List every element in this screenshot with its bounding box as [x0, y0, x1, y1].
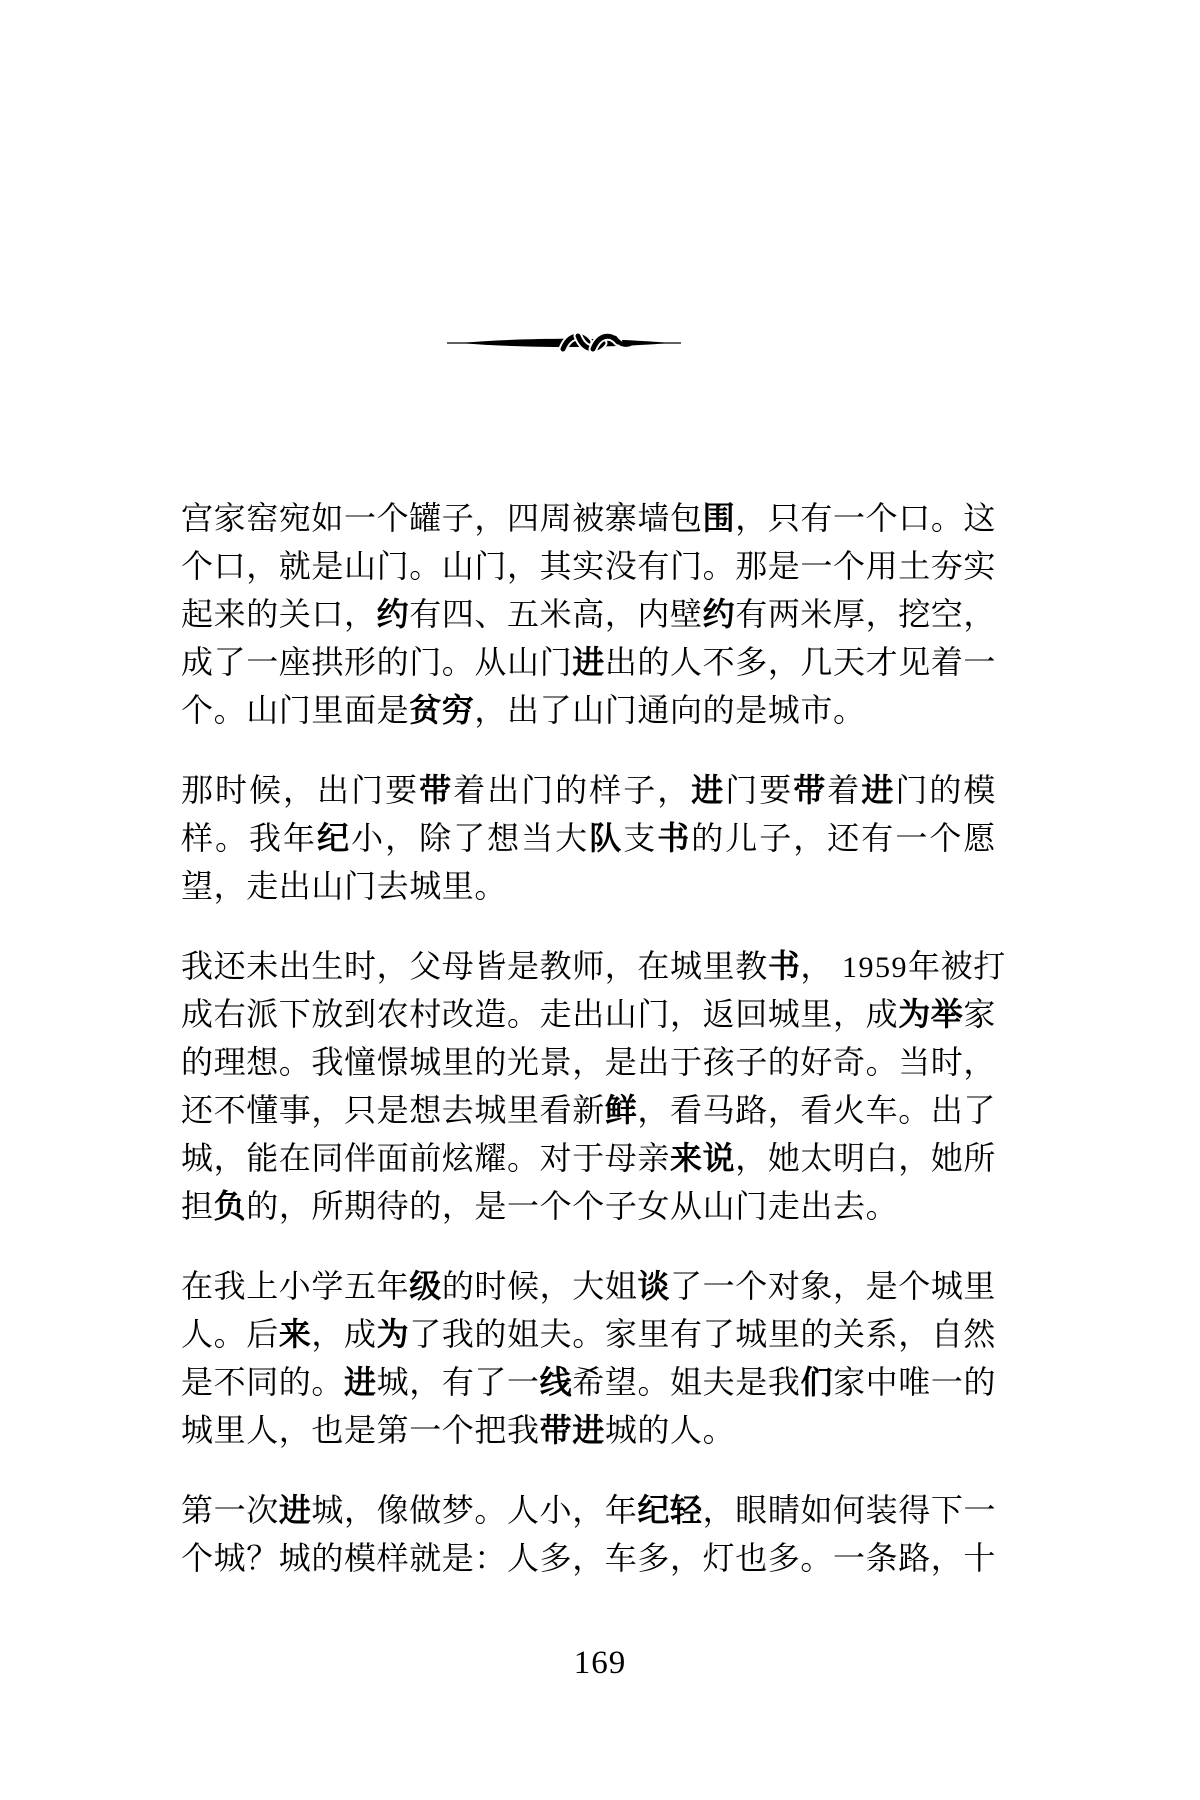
text-line: 人。后来，成为了我的姐夫。家里有了城里的关系，自然 [181, 1310, 996, 1358]
text-run: 了我的姐夫。家里有了城里的关系，自然 [409, 1316, 996, 1352]
text-line: 第一次进城，像做梦。人小，年纪轻，眼睛如何装得下一 [181, 1486, 996, 1534]
emphasized-text-run: 带 [419, 772, 453, 808]
text-run: 城，能在同伴面前炫耀。对于母亲 [181, 1140, 670, 1176]
body-text: 宫家窑宛如一个罐子，四周被寨墙包围，只有一个口。这个口，就是山门。山门，其实没有… [181, 494, 996, 1582]
emphasized-text-run: 约 [703, 596, 736, 632]
emphasized-text-run: 围 [703, 500, 736, 536]
text-line: 成右派下放到农村改造。走出山门，返回城里，成为举家 [181, 990, 996, 1038]
text-run: 样。我年 [181, 820, 317, 856]
emphasized-text-run: 进 [572, 644, 605, 680]
emphasized-text-run: 书 [657, 820, 691, 856]
paragraph: 第一次进城，像做梦。人小，年纪轻，眼睛如何装得下一个城？城的模样就是：人多，车多… [181, 1486, 996, 1582]
text-run: 第一次 [181, 1492, 279, 1528]
text-run: 出的人不多，几天才见着一 [605, 644, 996, 680]
emphasized-text-run: 带进 [540, 1412, 605, 1448]
text-run: 城里人，也是第一个把我 [181, 1412, 540, 1448]
text-line: 还不懂事，只是想去城里看新鲜，看马路，看火车。出了 [181, 1086, 996, 1134]
text-run: ，成 [311, 1316, 376, 1352]
text-line: 望，走出山门去城里。 [181, 862, 996, 910]
text-run: ， [800, 948, 833, 984]
text-run: ，出了山门通向的是城市。 [474, 692, 865, 728]
paragraph: 那时候，出门要带着出门的样子，进门要带着进门的模样。我年纪小，除了想当大队支书的… [181, 766, 996, 910]
text-run: ，看马路，看火车。出了 [637, 1092, 996, 1128]
text-run: 个。山门里面是 [181, 692, 409, 728]
emphasized-text-run: 为 [377, 1316, 410, 1352]
text-run: 那时候，出门要 [181, 772, 419, 808]
text-line: 成了一座拱形的门。从山门进出的人不多，几天才见着一 [181, 638, 996, 686]
text-run: 有两米厚，挖空， [735, 596, 996, 632]
emphasized-text-run: 鲜 [605, 1092, 638, 1128]
emphasized-text-run: 们 [800, 1364, 833, 1400]
text-line: 城里人，也是第一个把我带进城的人。 [181, 1406, 996, 1454]
emphasized-text-run: 进 [279, 1492, 312, 1528]
text-run: ，只有一个口。这 [735, 500, 996, 536]
book-page: 宫家窑宛如一个罐子，四周被寨墙包围，只有一个口。这个口，就是山门。山门，其实没有… [0, 0, 1200, 1800]
text-run: 担 [181, 1188, 214, 1224]
text-line: 个口，就是山门。山门，其实没有门。那是一个用土夯实 [181, 542, 996, 590]
text-line: 是不同的。进城，有了一线希望。姐夫是我们家中唯一的 [181, 1358, 996, 1406]
text-run: 小，除了想当大 [351, 820, 589, 856]
emphasized-text-run: 来说 [670, 1140, 735, 1176]
text-run: 1959 [833, 951, 908, 984]
paragraph: 我还未出生时，父母皆是教师，在城里教书， 1959年被打成右派下放到农村改造。走… [181, 942, 996, 1230]
text-line: 的理想。我憧憬城里的光景，是出于孩子的好奇。当时， [181, 1038, 996, 1086]
text-run: 着 [827, 772, 861, 808]
text-run: 家中唯一的 [833, 1364, 996, 1400]
rope-flourish-divider-icon [445, 332, 683, 353]
paragraph: 在我上小学五年级的时候，大姐谈了一个对象，是个城里人。后来，成为了我的姐夫。家里… [181, 1262, 996, 1454]
page-number: 169 [0, 1645, 1200, 1682]
emphasized-text-run: 线 [540, 1364, 573, 1400]
emphasized-text-run: 进 [691, 772, 725, 808]
text-line: 样。我年纪小，除了想当大队支书的儿子，还有一个愿 [181, 814, 996, 862]
text-run: 支 [623, 820, 657, 856]
text-run: 门的模 [895, 772, 996, 808]
text-run: 成了一座拱形的门。从山门 [181, 644, 572, 680]
text-run: 是不同的。 [181, 1364, 344, 1400]
emphasized-text-run: 来 [279, 1316, 312, 1352]
text-line: 担负的，所期待的，是一个个子女从山门走出去。 [181, 1182, 996, 1230]
emphasized-text-run: 谈 [637, 1268, 670, 1304]
emphasized-text-run: 队 [589, 820, 623, 856]
text-run: 在我上小学五年 [181, 1268, 409, 1304]
text-run: 的时候，大姐 [442, 1268, 638, 1304]
emphasized-text-run: 进 [861, 772, 895, 808]
emphasized-text-run: 书 [768, 948, 801, 984]
emphasized-text-run: 贫穷 [409, 692, 474, 728]
emphasized-text-run: 负 [214, 1188, 247, 1224]
text-run: 成右派下放到农村改造。走出山门，返回城里，成 [181, 996, 898, 1032]
text-run: 了一个对象，是个城里 [670, 1268, 996, 1304]
text-run: 个城？城的模样就是：人多，车多，灯也多。一条路，十 [181, 1540, 996, 1576]
text-line: 城，能在同伴面前炫耀。对于母亲来说，她太明白，她所 [181, 1134, 996, 1182]
text-run: 门要 [725, 772, 793, 808]
text-run: 城，像做梦。人小，年 [311, 1492, 637, 1528]
emphasized-text-run: 级 [409, 1268, 442, 1304]
text-run: ，眼睛如何装得下一 [703, 1492, 996, 1528]
text-run: 的，所期待的，是一个个子女从山门走出去。 [246, 1188, 898, 1224]
text-line: 个城？城的模样就是：人多，车多，灯也多。一条路，十 [181, 1534, 996, 1582]
paragraph: 宫家窑宛如一个罐子，四周被寨墙包围，只有一个口。这个口，就是山门。山门，其实没有… [181, 494, 996, 734]
emphasized-text-run: 纪 [317, 820, 351, 856]
text-run: 还不懂事，只是想去城里看新 [181, 1092, 605, 1128]
text-run: 有四、五米高，内壁 [409, 596, 702, 632]
text-run: 年被打 [908, 948, 1006, 984]
emphasized-text-run: 为举 [898, 996, 963, 1032]
text-line: 起来的关口，约有四、五米高，内壁约有两米厚，挖空， [181, 590, 996, 638]
text-run: 我还未出生时，父母皆是教师，在城里教 [181, 948, 768, 984]
text-run: 着出门的样子， [453, 772, 691, 808]
text-run: 城的人。 [605, 1412, 735, 1448]
text-line: 我还未出生时，父母皆是教师，在城里教书， 1959年被打 [181, 942, 996, 990]
text-run: 的理想。我憧憬城里的光景，是出于孩子的好奇。当时， [181, 1044, 996, 1080]
text-line: 那时候，出门要带着出门的样子，进门要带着进门的模 [181, 766, 996, 814]
text-run: ，她太明白，她所 [735, 1140, 996, 1176]
text-line: 宫家窑宛如一个罐子，四周被寨墙包围，只有一个口。这 [181, 494, 996, 542]
text-run: 人。后 [181, 1316, 279, 1352]
emphasized-text-run: 带 [793, 772, 827, 808]
emphasized-text-run: 纪轻 [637, 1492, 702, 1528]
text-run: 宫家窑宛如一个罐子，四周被寨墙包 [181, 500, 703, 536]
text-run: 起来的关口， [181, 596, 377, 632]
emphasized-text-run: 进 [344, 1364, 377, 1400]
text-run: 的儿子，还有一个愿 [691, 820, 996, 856]
text-run: 城，有了一 [377, 1364, 540, 1400]
text-run: 家 [963, 996, 996, 1032]
text-line: 在我上小学五年级的时候，大姐谈了一个对象，是个城里 [181, 1262, 996, 1310]
text-line: 个。山门里面是贫穷，出了山门通向的是城市。 [181, 686, 996, 734]
text-run: 望，走出山门去城里。 [181, 868, 507, 904]
text-run: 个口，就是山门。山门，其实没有门。那是一个用土夯实 [181, 548, 996, 584]
emphasized-text-run: 约 [377, 596, 410, 632]
text-run: 希望。姐夫是我 [572, 1364, 800, 1400]
